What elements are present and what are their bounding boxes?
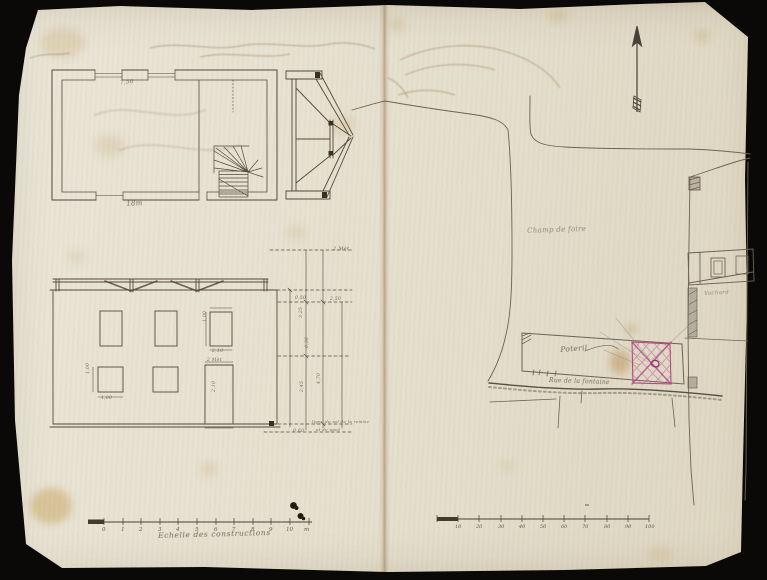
map-scale-tick-label: 100	[645, 524, 655, 530]
plan-width-dimension: 18m	[126, 199, 143, 208]
dimension-annotation: et du pavé	[316, 427, 340, 432]
map-scale-tick-label: 70	[582, 524, 588, 530]
left-scale-tick-label: 6	[214, 527, 218, 533]
map-scale-tick-label: 80	[604, 524, 610, 530]
left-scale-tick-label: 10	[286, 527, 293, 533]
map-scale-tick-label: 90	[625, 524, 631, 530]
map-scale-tick-label: 60	[561, 524, 567, 530]
map-scale-tick-label: 20	[476, 524, 482, 530]
dimension-annotation: 2,50	[330, 297, 341, 302]
dimension-annotation: ligne du sol de la remise	[312, 419, 369, 424]
dimension-annotation: 2,10	[212, 381, 217, 392]
dimension-annotation: 1,00	[86, 363, 91, 374]
dimension-annotation: 1,00	[203, 311, 208, 322]
truss-section	[286, 71, 353, 199]
dimension-annotation: 2,45	[300, 381, 305, 392]
map-scale-bar	[437, 505, 649, 522]
dimension-annotation: 0,50	[295, 296, 306, 301]
map-scale-tick-label: 50	[540, 524, 546, 530]
dimension-annotation: 2 Mèt	[333, 246, 349, 252]
north-arrow	[633, 26, 642, 112]
map-scale-tick-label: 10	[455, 524, 461, 530]
dimension-annotation: 4,70	[317, 373, 322, 384]
site-map	[352, 96, 754, 505]
ink-blots	[290, 502, 305, 520]
dimension-annotation: 0,60	[293, 429, 304, 434]
dimension-annotation: 1,00	[101, 396, 112, 401]
ink-linework	[0, 0, 767, 580]
left-scale-tick-label: 8	[251, 527, 255, 533]
left-scale-tick-label: 0	[102, 527, 106, 533]
floor-plan	[52, 70, 277, 200]
plot-highlight	[632, 342, 671, 384]
left-scale-tick-label: 4	[176, 527, 180, 533]
map-scale-tick-label: 30	[498, 524, 504, 530]
dimension-annotation: 2 Mèt	[207, 358, 222, 363]
plan-interior-dimension: 7,50	[120, 79, 134, 86]
left-scale-tick-label: 9	[269, 527, 273, 533]
archival-drawing-photo: 7,50 18m Echelle des constructions Champ…	[0, 0, 767, 580]
dimension-annotation: 0,30	[305, 337, 310, 348]
plot-label: Poteril	[560, 343, 588, 354]
left-scale-tick-label: m	[304, 527, 309, 533]
left-scale-tick-label: 2	[139, 527, 143, 533]
left-scale-tick-label: 5	[195, 527, 199, 533]
map-scale-tick-label: 40	[519, 524, 525, 530]
left-scale-tick-label: 1	[121, 527, 125, 533]
construction-scale-bar	[88, 518, 312, 525]
bleedthrough-writing	[30, 43, 560, 98]
dimension-annotation: 2,10	[212, 349, 223, 354]
left-scale-tick-label: 3	[158, 527, 162, 533]
dimension-annotation: 3,25	[299, 307, 304, 318]
left-scale-tick-label: 7	[232, 527, 236, 533]
